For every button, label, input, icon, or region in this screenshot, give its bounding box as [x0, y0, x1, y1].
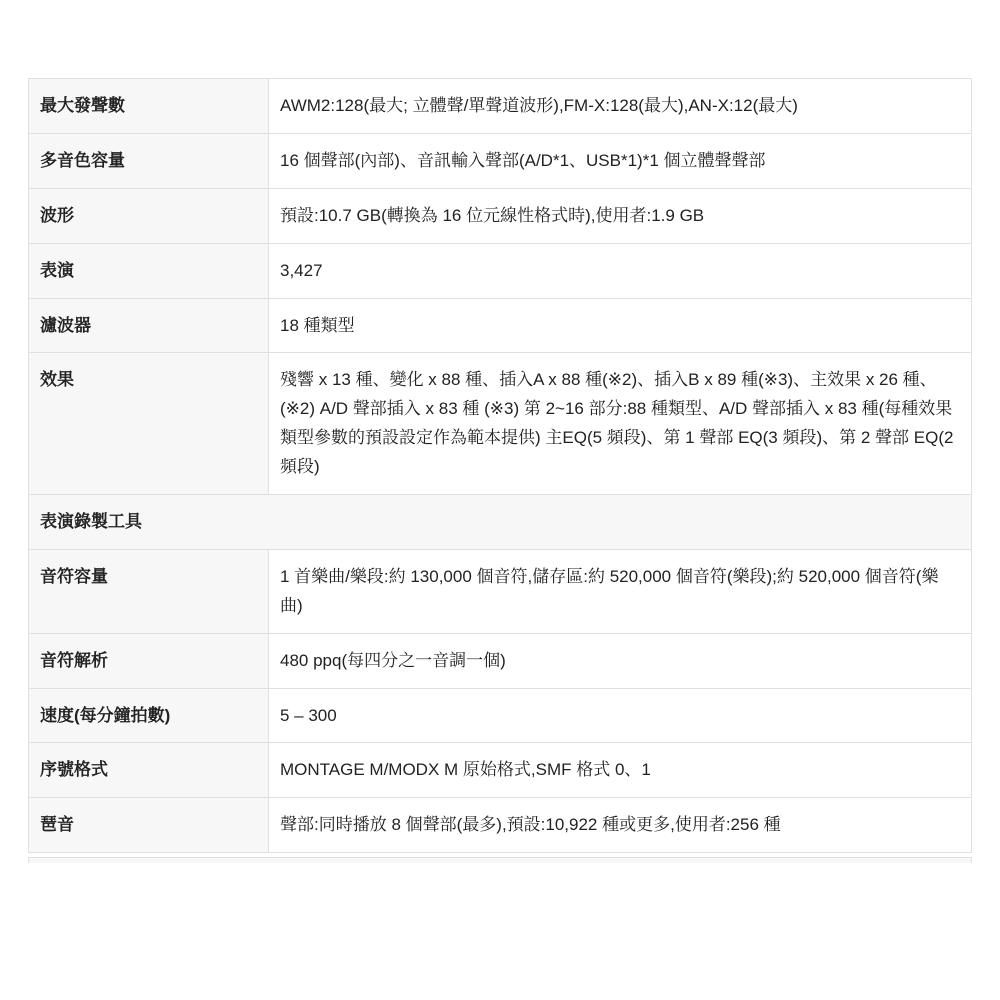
spec-label: 效果 — [29, 353, 269, 495]
table-row: 波形 預設:10.7 GB(轉換為 16 位元線性格式時),使用者:1.9 GB — [29, 188, 972, 243]
spec-table: 最大發聲數 AWM2:128(最大; 立體聲/單聲道波形),FM-X:128(最… — [28, 78, 972, 853]
spec-value: 5 – 300 — [269, 688, 972, 743]
spec-label: 最大發聲數 — [29, 79, 269, 134]
spec-value: 480 ppq(每四分之一音調一個) — [269, 633, 972, 688]
spec-value: 16 個聲部(內部)、音訊輸入聲部(A/D*1、USB*1)*1 個立體聲聲部 — [269, 133, 972, 188]
table-row: 表演 3,427 — [29, 243, 972, 298]
table-row: 音符解析 480 ppq(每四分之一音調一個) — [29, 633, 972, 688]
spec-value: 18 種類型 — [269, 298, 972, 353]
spec-label: 濾波器 — [29, 298, 269, 353]
spec-page: 最大發聲數 AWM2:128(最大; 立體聲/單聲道波形),FM-X:128(最… — [28, 78, 972, 863]
spec-value: 殘響 x 13 種、變化 x 88 種、插入A x 88 種(※2)、插入B x… — [269, 353, 972, 495]
spec-label: 琶音 — [29, 798, 269, 853]
table-row: 多音色容量 16 個聲部(內部)、音訊輸入聲部(A/D*1、USB*1)*1 個… — [29, 133, 972, 188]
spec-label: 音符容量 — [29, 549, 269, 633]
table-row: 濾波器 18 種類型 — [29, 298, 972, 353]
spec-label: 序號格式 — [29, 743, 269, 798]
spec-label: 速度(每分鐘拍數) — [29, 688, 269, 743]
spec-label: 表演 — [29, 243, 269, 298]
spec-value: 聲部:同時播放 8 個聲部(最多),預設:10,922 種或更多,使用者:256… — [269, 798, 972, 853]
spec-value: 1 首樂曲/樂段:約 130,000 個音符,儲存區:約 520,000 個音符… — [269, 549, 972, 633]
next-table-top-sliver — [28, 857, 972, 863]
table-row: 最大發聲數 AWM2:128(最大; 立體聲/單聲道波形),FM-X:128(最… — [29, 79, 972, 134]
table-row: 速度(每分鐘拍數) 5 – 300 — [29, 688, 972, 743]
spec-value: 3,427 — [269, 243, 972, 298]
table-row: 效果 殘響 x 13 種、變化 x 88 種、插入A x 88 種(※2)、插入… — [29, 353, 972, 495]
spec-value: AWM2:128(最大; 立體聲/單聲道波形),FM-X:128(最大),AN-… — [269, 79, 972, 134]
table-row: 琶音 聲部:同時播放 8 個聲部(最多),預設:10,922 種或更多,使用者:… — [29, 798, 972, 853]
spec-label: 波形 — [29, 188, 269, 243]
table-row: 序號格式 MONTAGE M/MODX M 原始格式,SMF 格式 0、1 — [29, 743, 972, 798]
spec-label: 多音色容量 — [29, 133, 269, 188]
spec-value: MONTAGE M/MODX M 原始格式,SMF 格式 0、1 — [269, 743, 972, 798]
table-row: 音符容量 1 首樂曲/樂段:約 130,000 個音符,儲存區:約 520,00… — [29, 549, 972, 633]
spec-label: 音符解析 — [29, 633, 269, 688]
section-header-label: 表演錄製工具 — [29, 495, 972, 550]
section-header-row: 表演錄製工具 — [29, 495, 972, 550]
spec-value: 預設:10.7 GB(轉換為 16 位元線性格式時),使用者:1.9 GB — [269, 188, 972, 243]
